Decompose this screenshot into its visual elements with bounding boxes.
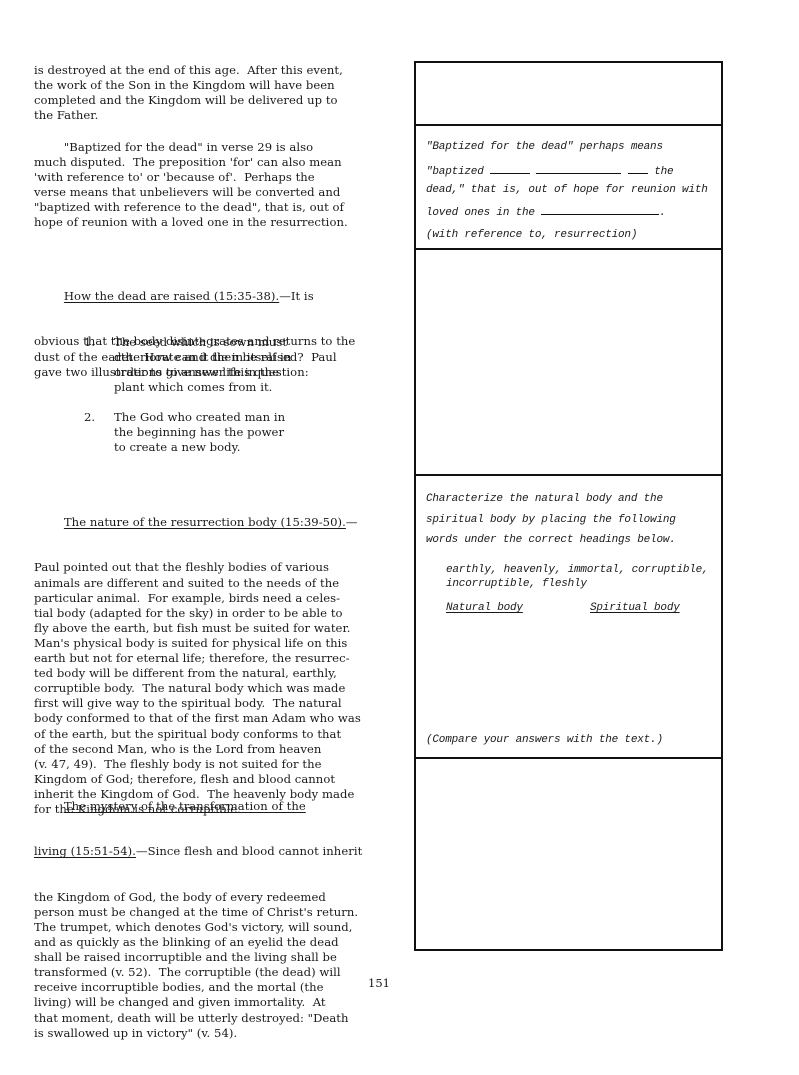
word-bank-line: incorruptible, fleshly: [446, 578, 708, 592]
text-line: verse means that unbelievers will be con…: [34, 185, 414, 200]
text-line: person must be changed at the time of Ch…: [34, 905, 414, 920]
text-line: much disputed. The preposition 'for' can…: [34, 155, 414, 170]
heading-tail: —It is: [279, 289, 313, 303]
list-line: the beginning has the power: [114, 425, 285, 440]
answer-blank-3[interactable]: [628, 163, 648, 174]
baptized-paragraph: "Baptized for the dead" in verse 29 is a…: [34, 140, 414, 231]
mystery-heading-line-2: living (15:51-54).—Since flesh and blood…: [34, 844, 414, 859]
fill-in-prefix: "baptized: [426, 166, 490, 178]
fill-in-prefix: loved ones in the: [426, 207, 541, 219]
list-line: deteriorate and die in itself in: [114, 350, 291, 365]
frame-cell-blank-2: [416, 248, 721, 474]
answer-blank-4[interactable]: [541, 204, 659, 215]
exercise-prompt-line: dead," that is, out of hope for reunion …: [426, 183, 708, 198]
text-line: of the second Man, who is the Lord from …: [34, 742, 414, 757]
text-line: "baptized with reference to the dead", t…: [34, 200, 414, 215]
exercise-prompt: Characterize the natural body and thespi…: [426, 489, 676, 551]
word-bank-line: earthly, heavenly, immortal, corruptible…: [446, 564, 708, 578]
text-line: earth but not for eternal life; therefor…: [34, 651, 414, 666]
intro-paragraph: is destroyed at the end of this age. Aft…: [34, 63, 414, 123]
text-line: corruptible body. The natural body which…: [34, 681, 414, 696]
heading-spiritual-body: Spiritual body: [590, 601, 680, 616]
section-heading-continued: living (15:51-54).: [34, 844, 136, 858]
text-line: is destroyed at the end of this age. Aft…: [34, 63, 414, 78]
text-line: first will give way to the spiritual bod…: [34, 696, 414, 711]
frame-cell-baptized-exercise: "Baptized for the dead" perhaps means "b…: [416, 124, 721, 248]
text-line: completed and the Kingdom will be delive…: [34, 93, 414, 108]
list-number: 1.: [84, 335, 95, 350]
list-line: to create a new body.: [114, 440, 285, 455]
text-line: shall be raised incorruptible and the li…: [34, 950, 414, 965]
list-line: The seed which is sown must: [114, 335, 291, 350]
exercise-fill-in-line: "baptized the: [426, 163, 673, 180]
list-item-text: The God who created man inthe beginning …: [114, 410, 285, 455]
heading-natural-body: Natural body: [446, 601, 523, 616]
section-heading: How the dead are raised (15:35-38).: [64, 289, 279, 303]
exercise-answer-note: (Compare your answers with the text.): [426, 733, 663, 748]
heading-tail: —Since flesh and blood cannot inherit: [136, 844, 362, 858]
text-line: 'with reference to' or 'because of'. Per…: [34, 170, 414, 185]
list-line: order to give new life in the: [114, 365, 291, 380]
text-line: the work of the Son in the Kingdom will …: [34, 78, 414, 93]
workbook-frame: "Baptized for the dead" perhaps means "b…: [414, 61, 723, 951]
frame-cell-blank-3: [416, 757, 721, 949]
fill-in-suffix: the: [648, 166, 674, 178]
nature-heading-line: The nature of the resurrection body (15:…: [34, 515, 414, 530]
word-bank: earthly, heavenly, immortal, corruptible…: [446, 564, 708, 591]
section-heading: The mystery of the transformation of the: [64, 799, 306, 813]
frame-cell-characterize-exercise: Characterize the natural body and thespi…: [416, 474, 721, 758]
list-line: The God who created man in: [114, 410, 285, 425]
list-line: plant which comes from it.: [114, 380, 291, 395]
exercise-prompt-line: "Baptized for the dead" perhaps means: [426, 140, 663, 155]
text-line: receive incorruptible bodies, and the mo…: [34, 980, 414, 995]
page-number: 151: [368, 976, 390, 990]
text-line: The trumpet, which denotes God's victory…: [34, 920, 414, 935]
text-line: body conformed to that of the first man …: [34, 711, 414, 726]
answer-blank-2[interactable]: [536, 163, 621, 174]
text-line: "Baptized for the dead" in verse 29 is a…: [34, 140, 414, 155]
how-raised-heading-line: How the dead are raised (15:35-38).—It i…: [34, 289, 414, 304]
text-line: is swallowed up in victory" (v. 54).: [34, 1026, 414, 1041]
text-line: transformed (v. 52). The corruptible (th…: [34, 965, 414, 980]
text-line: the Kingdom of God, the body of every re…: [34, 890, 414, 905]
mystery-section: The mystery of the transformation of the…: [34, 769, 414, 1056]
text-line: fly above the earth, but fish must be su…: [34, 621, 414, 636]
text-line: and as quickly as the blinking of an eye…: [34, 935, 414, 950]
frame-cell-blank-1: [416, 63, 721, 125]
text-line: Man's physical body is suited for physic…: [34, 636, 414, 651]
text-line: hope of reunion with a loved one in the …: [34, 215, 414, 230]
exercise-answer: (with reference to, resurrection): [426, 228, 637, 243]
text-line: Paul pointed out that the fleshly bodies…: [34, 560, 414, 575]
exercise-fill-in-line: loved ones in the .: [426, 204, 666, 221]
text-line: tial body (adapted for the sky) in order…: [34, 606, 414, 621]
answer-blank-1[interactable]: [490, 163, 530, 174]
text-line: animals are different and suited to the …: [34, 576, 414, 591]
text-line: living) will be changed and given immort…: [34, 995, 414, 1010]
fill-in-suffix: .: [659, 207, 665, 219]
prompt-line: spiritual body by placing the following: [426, 510, 676, 531]
section-heading: The nature of the resurrection body (15:…: [64, 515, 346, 529]
text-line: that moment, death will be utterly destr…: [34, 1011, 414, 1026]
mystery-heading-line-1: The mystery of the transformation of the: [34, 799, 414, 814]
text-line: of the earth, but the spiritual body con…: [34, 727, 414, 742]
prompt-line: words under the correct headings below.: [426, 530, 676, 551]
list-item-text: The seed which is sown mustdeteriorate a…: [114, 335, 291, 395]
prompt-line: Characterize the natural body and the: [426, 489, 676, 510]
mystery-body: the Kingdom of God, the body of every re…: [34, 890, 414, 1041]
heading-tail: —: [346, 515, 358, 529]
list-number: 2.: [84, 410, 95, 425]
text-line: particular animal. For example, birds ne…: [34, 591, 414, 606]
text-line: ted body will be different from the natu…: [34, 666, 414, 681]
text-line: the Father.: [34, 108, 414, 123]
